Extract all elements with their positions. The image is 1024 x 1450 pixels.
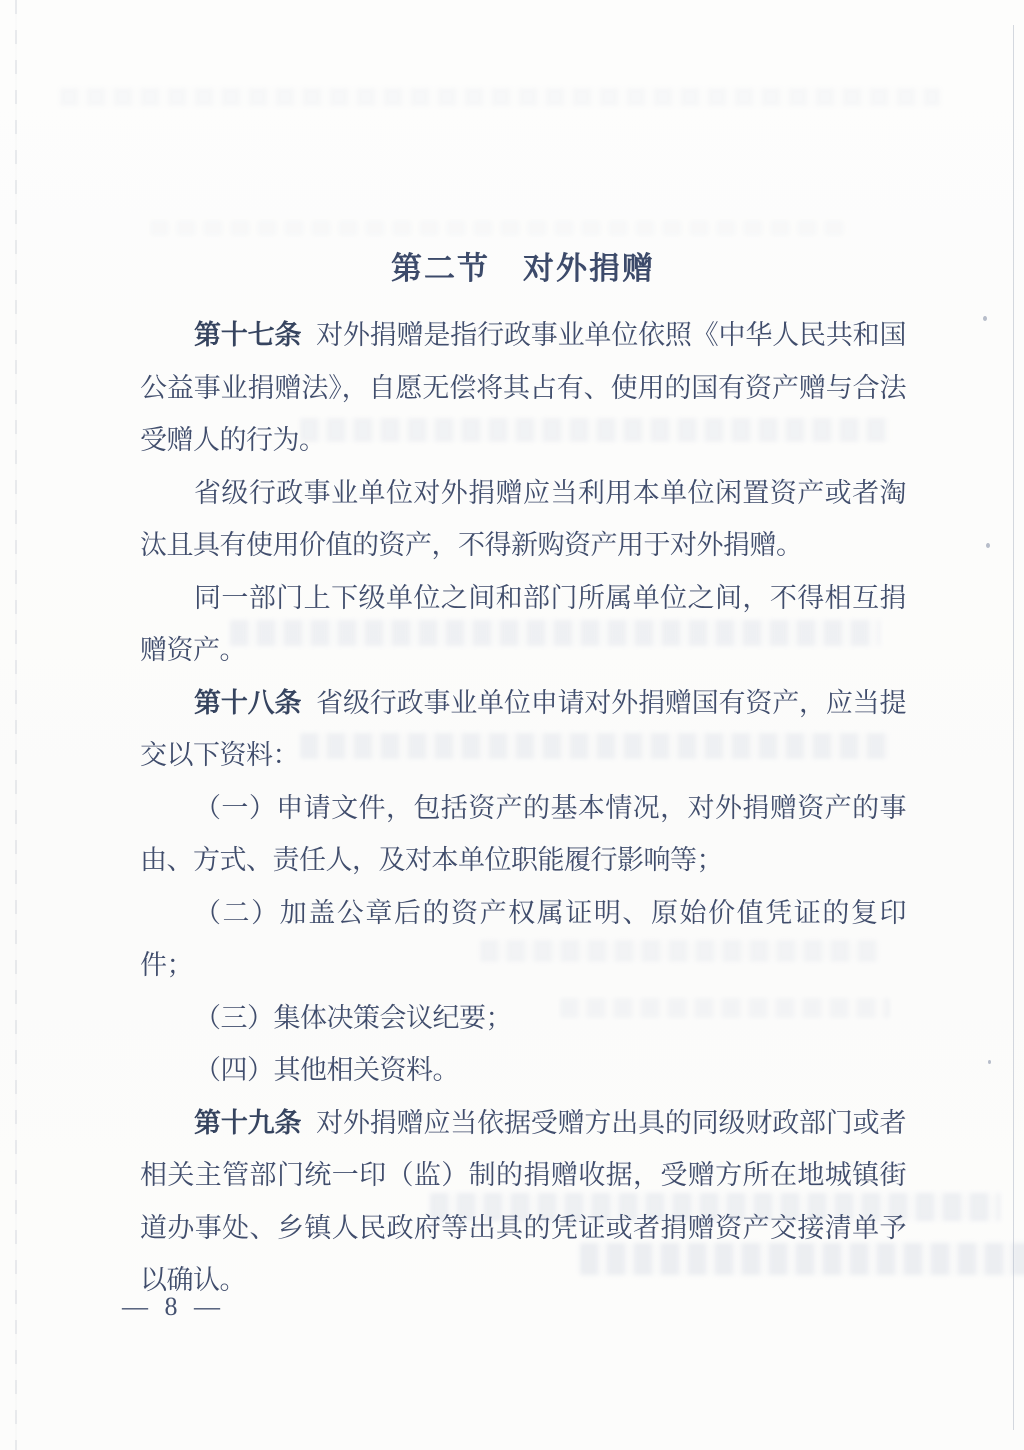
paragraph-article-17: 第十七条对外捐赠是指行政事业单位依照《中华人民共和国公益事业捐赠法》，自愿无偿将…	[140, 309, 906, 467]
paragraph: 省级行政事业单位对外捐赠应当利用本单位闲置资产或者淘汰且具有使用价值的资产，不得…	[140, 467, 906, 572]
document-body: 第二节 对外捐赠 第十七条对外捐赠是指行政事业单位依照《中华人民共和国公益事业捐…	[140, 243, 906, 1307]
bleedthrough-artifact	[150, 220, 850, 236]
scan-left-edge-artifact	[15, 0, 17, 1450]
list-item-2: （二）加盖公章后的资产权属证明、原始价值凭证的复印件；	[140, 887, 906, 992]
scan-speck	[988, 1060, 991, 1064]
scan-speck	[983, 316, 987, 321]
paragraph-text: （四）其他相关资料。	[194, 1055, 459, 1085]
page-number: — 8 —	[122, 1292, 225, 1322]
paragraph: 同一部门上下级单位之间和部门所属单位之间，不得相互捐赠资产。	[140, 572, 906, 677]
list-item-1: （一）申请文件，包括资产的基本情况，对外捐赠资产的事由、方式、责任人，及对本单位…	[140, 782, 906, 887]
paragraph-article-19: 第十九条对外捐赠应当依据受赠方出具的同级财政部门或者相关主管部门统一印（监）制的…	[140, 1097, 906, 1307]
scan-speck	[986, 543, 990, 548]
paragraph-text: （三）集体决策会议纪要；	[194, 1003, 512, 1033]
paragraph-text: （二）加盖公章后的资产权属证明、原始价值凭证的复印件；	[140, 898, 906, 981]
scan-right-edge-artifact	[1013, 25, 1014, 1430]
bleedthrough-artifact	[60, 88, 940, 106]
article-number: 第十九条	[194, 1108, 301, 1138]
list-item-3: （三）集体决策会议纪要；	[140, 992, 906, 1045]
paragraph-article-18: 第十八条省级行政事业单位申请对外捐赠国有资产，应当提交以下资料：	[140, 677, 906, 782]
article-number: 第十八条	[194, 688, 301, 718]
list-item-4: （四）其他相关资料。	[140, 1044, 906, 1097]
article-number: 第十七条	[194, 320, 301, 350]
paragraph-text: 同一部门上下级单位之间和部门所属单位之间，不得相互捐赠资产。	[140, 583, 906, 666]
paragraph-text: （一）申请文件，包括资产的基本情况，对外捐赠资产的事由、方式、责任人，及对本单位…	[140, 793, 906, 876]
paragraph-text: 省级行政事业单位对外捐赠应当利用本单位闲置资产或者淘汰且具有使用价值的资产，不得…	[140, 478, 906, 561]
scanned-document-page: 第二节 对外捐赠 第十七条对外捐赠是指行政事业单位依照《中华人民共和国公益事业捐…	[0, 0, 1024, 1450]
section-title: 第二节 对外捐赠	[140, 243, 906, 295]
